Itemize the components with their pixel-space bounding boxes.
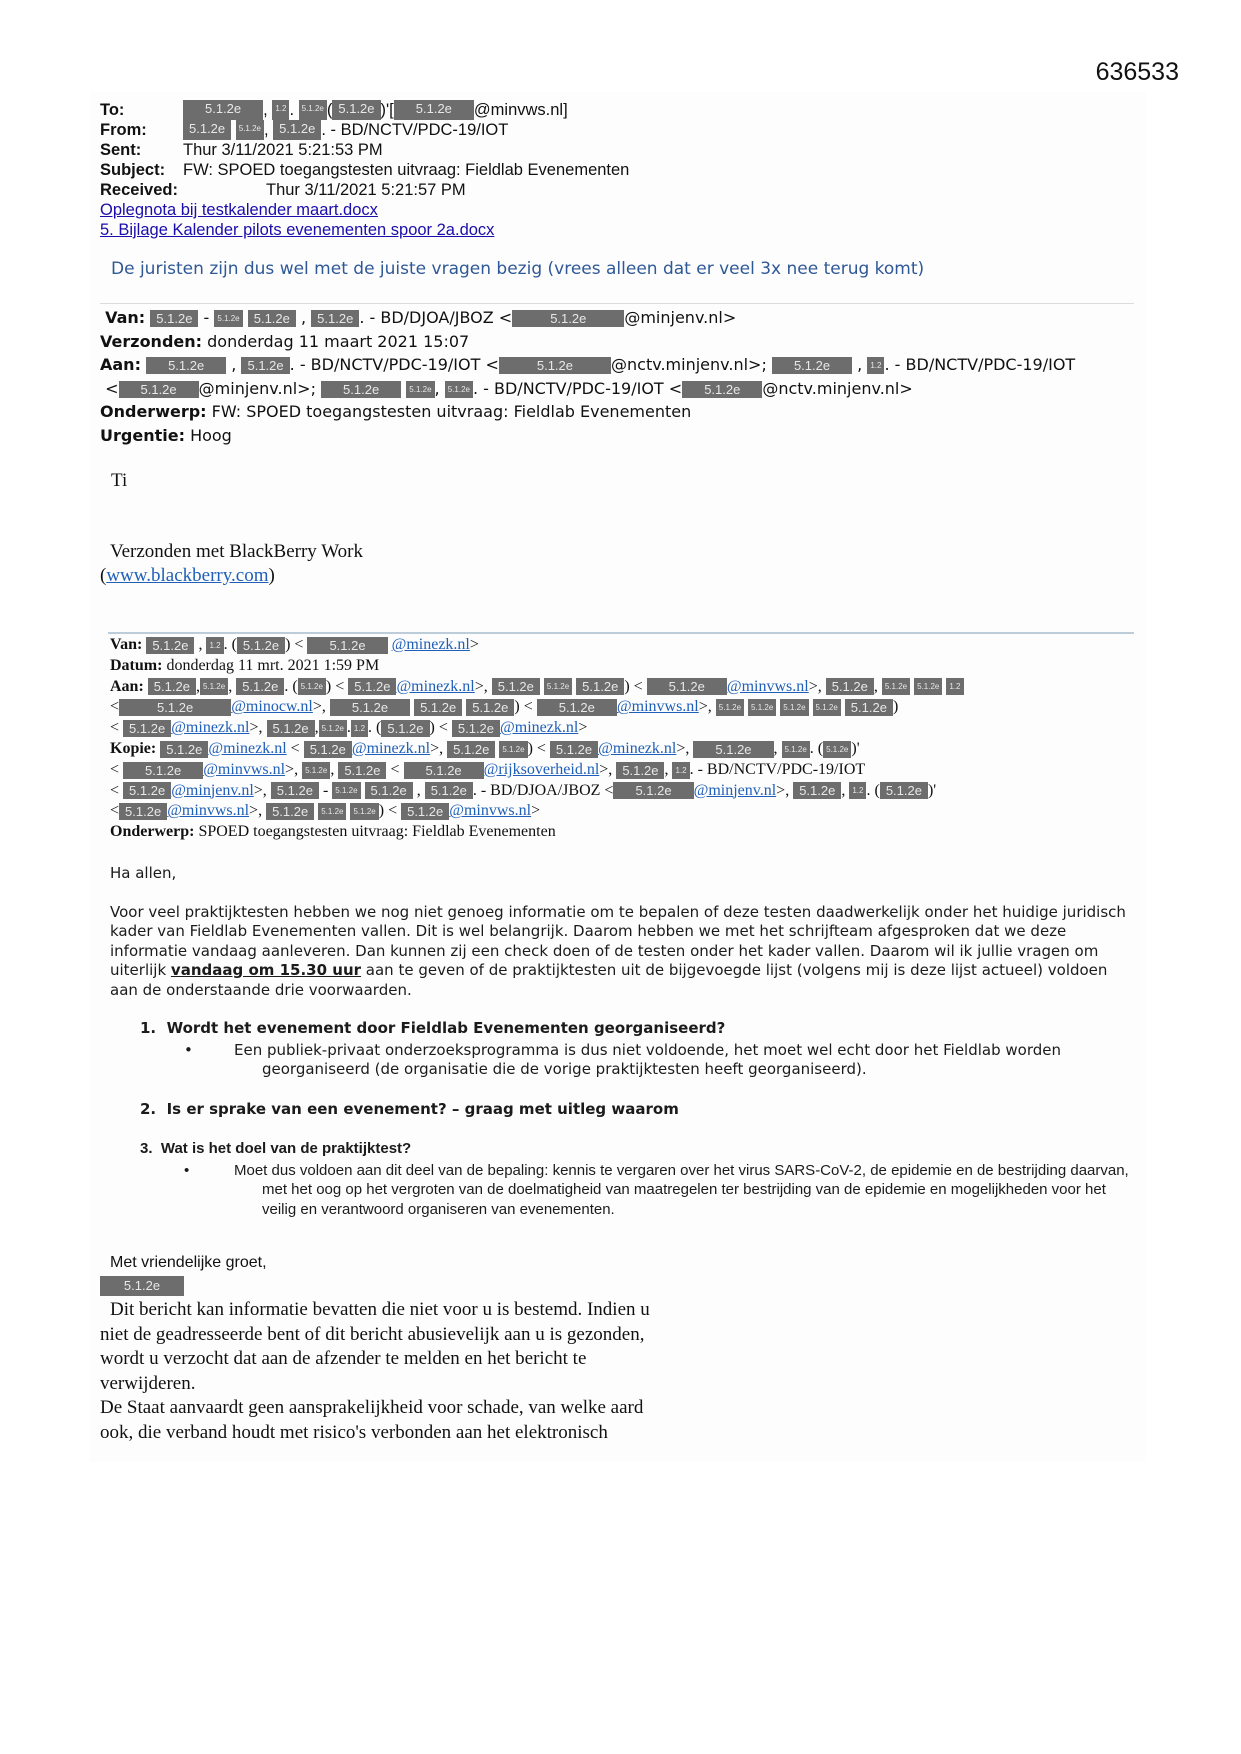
disclaimer-line: wordt u verzocht dat aan de afzender te … bbox=[100, 1347, 720, 1372]
redaction: 5.1.2e bbox=[332, 782, 360, 799]
email-link[interactable]: @minjenv.nl bbox=[171, 782, 254, 799]
redaction: 5.1.2e bbox=[381, 720, 429, 737]
attachment-link-bijlage-kalender[interactable]: 5. Bijlage Kalender pilots evenementen s… bbox=[100, 220, 629, 240]
kopie-row: Kopie: 5.1.2e@minezk.nl < 5.1.2e@minezk.… bbox=[110, 739, 964, 760]
redaction: 5.1.2e bbox=[311, 310, 359, 327]
email-link[interactable]: @minezk.nl bbox=[392, 636, 470, 653]
redaction: 5.1.2e bbox=[914, 678, 942, 695]
to-row: To: 5.1.2e, 1.2. 5.1.2e(5.1.2e)'[5.1.2e@… bbox=[100, 100, 629, 120]
sent-label: Sent: bbox=[100, 140, 183, 160]
aan-row-cont: < 5.1.2e@minezk.nl>, 5.1.2e,5.1.2e.1.2. … bbox=[110, 718, 964, 739]
redaction: 5.1.2e bbox=[338, 762, 386, 779]
condition-title: 3. Wat is het doel van de praktijktest? bbox=[140, 1139, 1140, 1159]
disclaimer-line: ook, die verband houdt met risico's verb… bbox=[100, 1421, 720, 1446]
redaction: 5.1.2e bbox=[882, 678, 910, 695]
to-domain: @minvws.nl] bbox=[474, 100, 568, 120]
email-link[interactable]: @minvws.nl bbox=[167, 802, 249, 819]
greeting: Ha allen, bbox=[110, 864, 1140, 884]
redaction: 5.1.2e bbox=[318, 803, 346, 820]
divider bbox=[100, 303, 1134, 304]
redaction: 5.1.2e bbox=[183, 120, 231, 140]
redaction: 5.1.2e bbox=[119, 803, 167, 820]
sent-row: Sent: Thur 3/11/2021 5:21:53 PM bbox=[100, 140, 629, 160]
redaction: 5.1.2e bbox=[492, 678, 540, 695]
message-body: Ti bbox=[111, 470, 127, 492]
redaction: 1.2 bbox=[272, 100, 289, 120]
redaction: 5.1.2e bbox=[447, 741, 495, 758]
from-org: . - BD/NCTV/PDC-19/IOT bbox=[321, 120, 508, 140]
onderwerp-label: Onderwerp: bbox=[100, 402, 207, 421]
kopie-row-cont: <5.1.2e@minvws.nl>, 5.1.2e 5.1.2e 5.1.2e… bbox=[110, 801, 964, 822]
aan-org: . - BD/NCTV/PDC-19/IOT bbox=[884, 355, 1075, 374]
redaction: 5.1.2e bbox=[236, 120, 264, 140]
redaction: 5.1.2e bbox=[119, 699, 231, 716]
verzonden-label: Verzonden: bbox=[100, 332, 202, 351]
van-domain: @minjenv.nl> bbox=[624, 308, 736, 327]
disclaimer-line: niet de geadresseerde bent of dit berich… bbox=[100, 1323, 720, 1348]
redaction: 1.2 bbox=[867, 357, 884, 374]
redaction: 5.1.2e bbox=[512, 310, 624, 327]
datum-row: Datum: donderdag 11 mrt. 2021 1:59 PM bbox=[110, 656, 964, 677]
signature-redaction: 5.1.2e bbox=[100, 1276, 184, 1296]
email-link[interactable]: @minocw.nl bbox=[231, 698, 313, 715]
redaction: 5.1.2e bbox=[782, 741, 810, 758]
redaction: 5.1.2e bbox=[123, 782, 171, 799]
subject-row: Subject: FW: SPOED toegangstesten uitvra… bbox=[100, 160, 629, 180]
aan-row: Aan: 5.1.2e,5.1.2e, 5.1.2e. (5.1.2e) < 5… bbox=[110, 677, 964, 698]
received-value: Thur 3/11/2021 5:21:57 PM bbox=[266, 180, 466, 200]
redaction: 5.1.2e bbox=[748, 699, 776, 716]
redaction: 5.1.2e bbox=[298, 678, 326, 695]
redaction: 5.1.2e bbox=[148, 678, 196, 695]
condition-bullet: Een publiek-privaat onderzoeksprogramma … bbox=[234, 1041, 1140, 1080]
email-link[interactable]: @minezk.nl bbox=[500, 719, 578, 736]
redaction: 5.1.2e bbox=[845, 699, 893, 716]
aan-label: Aan: bbox=[100, 355, 141, 374]
email-link[interactable]: @rijksoverheid.nl bbox=[484, 761, 600, 778]
redaction: 5.1.2e bbox=[394, 100, 474, 120]
redaction: 5.1.2e bbox=[266, 803, 314, 820]
message-body: Ha allen, Voor veel praktijktesten hebbe… bbox=[110, 864, 1140, 1219]
redaction: 5.1.2e bbox=[823, 741, 851, 758]
redaction: 5.1.2e bbox=[119, 381, 199, 398]
aan-domain: @minjenv.nl>; bbox=[199, 379, 316, 398]
redaction: 5.1.2e bbox=[826, 678, 874, 695]
attachment-link-oplegnota[interactable]: Oplegnota bij testkalender maart.docx bbox=[100, 200, 629, 220]
email-link[interactable]: @minezk.nl bbox=[208, 740, 286, 757]
redaction: 1.2 bbox=[672, 762, 689, 779]
blackberry-link[interactable]: www.blackberry.com bbox=[106, 565, 268, 586]
redaction: 5.1.2e bbox=[248, 310, 296, 327]
email-link[interactable]: @minezk.nl bbox=[598, 740, 676, 757]
redaction: 5.1.2e bbox=[544, 678, 572, 695]
redaction: 5.1.2e bbox=[332, 100, 380, 120]
disclaimer-line: Dit bericht kan informatie bevatten die … bbox=[100, 1298, 720, 1323]
urgentie-value: Hoog bbox=[190, 426, 232, 445]
redaction: 5.1.2e bbox=[772, 357, 852, 374]
redaction: 5.1.2e bbox=[499, 741, 527, 758]
redaction: 5.1.2e bbox=[299, 100, 327, 120]
redaction: 5.1.2e bbox=[307, 637, 387, 654]
outer-email-header: To: 5.1.2e, 1.2. 5.1.2e(5.1.2e)'[5.1.2e@… bbox=[100, 100, 629, 240]
redaction: 1.2 bbox=[849, 782, 866, 799]
aan-label: Aan: bbox=[110, 678, 144, 695]
redaction: 5.1.2e bbox=[880, 782, 928, 799]
redaction: 5.1.2e bbox=[616, 762, 664, 779]
redaction: 5.1.2e bbox=[682, 381, 762, 398]
redaction: 1.2 bbox=[351, 720, 368, 737]
redaction: 5.1.2e bbox=[445, 381, 473, 398]
disclaimer: Dit bericht kan informatie bevatten die … bbox=[100, 1298, 720, 1445]
van-label: Van: bbox=[110, 636, 142, 653]
redaction: 5.1.2e bbox=[404, 762, 484, 779]
redaction: 5.1.2e bbox=[365, 782, 413, 799]
van-label: Van: bbox=[105, 308, 145, 327]
redaction: 5.1.2e bbox=[146, 357, 226, 374]
urgentie-row: Urgentie: Hoog bbox=[100, 424, 1075, 448]
redaction: 5.1.2e bbox=[302, 762, 330, 779]
aan-row-cont: <5.1.2e@minocw.nl>, 5.1.2e 5.1.2e 5.1.2e… bbox=[110, 697, 964, 718]
divider bbox=[108, 632, 1134, 634]
redaction: 5.1.2e bbox=[780, 699, 808, 716]
redaction: 5.1.2e bbox=[304, 741, 352, 758]
redaction: 1.2 bbox=[206, 637, 223, 654]
van-org: . - BD/DJOA/JBOZ < bbox=[359, 308, 512, 327]
verzonden-value: donderdag 11 maart 2021 15:07 bbox=[207, 332, 469, 351]
aan-domain: @nctv.minjenv.nl>; bbox=[611, 355, 767, 374]
redaction: 5.1.2e bbox=[267, 720, 315, 737]
aan-domain: @nctv.minjenv.nl> bbox=[762, 379, 912, 398]
redaction: 5.1.2e bbox=[613, 782, 693, 799]
verzonden-row: Verzonden: donderdag 11 maart 2021 15:07 bbox=[100, 330, 1075, 354]
received-label: Received: bbox=[100, 180, 266, 200]
redaction: 5.1.2e bbox=[214, 310, 242, 327]
signature-link-row: (www.blackberry.com) bbox=[100, 564, 363, 588]
redaction: 5.1.2e bbox=[123, 720, 171, 737]
redaction: 5.1.2e bbox=[350, 803, 378, 820]
redaction: 5.1.2e bbox=[716, 699, 744, 716]
subject-value: FW: SPOED toegangstesten uitvraag: Field… bbox=[183, 160, 629, 180]
aan-row: Aan: 5.1.2e , 5.1.2e. - BD/NCTV/PDC-19/I… bbox=[100, 353, 1075, 377]
urgentie-label: Urgentie: bbox=[100, 426, 185, 445]
aan-row-cont: <5.1.2e@minjenv.nl>; 5.1.2e 5.1.2e, 5.1.… bbox=[100, 377, 1075, 401]
email-link[interactable]: @minvws.nl bbox=[727, 678, 809, 695]
onderwerp-value: SPOED toegangstesten uitvraag: Fieldlab … bbox=[198, 823, 555, 840]
aan-org: . - BD/NCTV/PDC-19/IOT < bbox=[473, 379, 682, 398]
redaction: 5.1.2e bbox=[146, 637, 194, 654]
van-row: Van: 5.1.2e , 1.2. (5.1.2e) < 5.1.2e @mi… bbox=[110, 635, 964, 656]
email-link[interactable]: @minvws.nl bbox=[617, 698, 699, 715]
original-message-header: Van: 5.1.2e , 1.2. (5.1.2e) < 5.1.2e @mi… bbox=[110, 635, 964, 843]
redaction: 5.1.2e bbox=[452, 720, 500, 737]
redaction: 5.1.2e bbox=[200, 678, 228, 695]
redaction: 5.1.2e bbox=[183, 100, 263, 120]
email-link[interactable]: @minezk.nl bbox=[396, 678, 474, 695]
redaction: 5.1.2e bbox=[499, 357, 611, 374]
from-row: From: 5.1.2e 5.1.2e, 5.1.2e. - BD/NCTV/P… bbox=[100, 120, 629, 140]
sent-value: Thur 3/11/2021 5:21:53 PM bbox=[183, 140, 383, 160]
received-row: Received: Thur 3/11/2021 5:21:57 PM bbox=[100, 180, 629, 200]
from-label: From: bbox=[100, 120, 183, 140]
redaction: 5.1.2e bbox=[406, 381, 434, 398]
redaction: 5.1.2e bbox=[160, 741, 208, 758]
onderwerp-value: FW: SPOED toegangstesten uitvraag: Field… bbox=[212, 402, 692, 421]
request-paragraph: Voor veel praktijktesten hebben we nog n… bbox=[110, 903, 1140, 1001]
condition-1: 1. Wordt het evenement door Fieldlab Eve… bbox=[140, 1019, 1140, 1080]
redaction: 1.2 bbox=[946, 678, 963, 695]
redaction: 5.1.2e bbox=[237, 637, 285, 654]
condition-title: 2. Is er sprake van een evenement? – gra… bbox=[140, 1100, 1140, 1120]
to-label: To: bbox=[100, 100, 183, 120]
redaction: 5.1.2e bbox=[793, 782, 841, 799]
redaction: 5.1.2e bbox=[647, 678, 727, 695]
document-id: 636533 bbox=[1096, 58, 1179, 87]
redaction: 5.1.2e bbox=[576, 678, 624, 695]
condition-2: 2. Is er sprake van een evenement? – gra… bbox=[140, 1100, 1140, 1120]
redaction: 5.1.2e bbox=[319, 720, 347, 737]
van-row: Van: 5.1.2e - 5.1.2e 5.1.2e , 5.1.2e. - … bbox=[100, 306, 1075, 330]
deadline-highlight: vandaag om 15.30 uur bbox=[171, 961, 361, 979]
email-link[interactable]: @minezk.nl bbox=[352, 740, 430, 757]
kopie-row-cont: < 5.1.2e@minjenv.nl>, 5.1.2e - 5.1.2e 5.… bbox=[110, 781, 964, 802]
redaction: 5.1.2e bbox=[466, 699, 514, 716]
email-link[interactable]: @minvws.nl bbox=[203, 761, 285, 778]
redaction: 5.1.2e bbox=[693, 741, 773, 758]
redaction: 5.1.2e bbox=[550, 741, 598, 758]
redaction: 5.1.2e bbox=[271, 782, 319, 799]
blackberry-signature: Verzonden met BlackBerry Work (www.black… bbox=[100, 540, 363, 588]
condition-3: 3. Wat is het doel van de praktijktest? … bbox=[140, 1139, 1140, 1219]
datum-label: Datum: bbox=[110, 657, 162, 674]
forward-comment: De juristen zijn dus wel met de juiste v… bbox=[111, 259, 924, 279]
redaction: 5.1.2e bbox=[241, 357, 289, 374]
condition-title: 1. Wordt het evenement door Fieldlab Eve… bbox=[140, 1019, 1140, 1039]
email-link[interactable]: @minjenv.nl bbox=[694, 782, 777, 799]
org-djoa: . - BD/DJOA/JBOZ < bbox=[473, 782, 614, 799]
email-link[interactable]: @minvws.nl bbox=[449, 802, 531, 819]
redaction: 5.1.2e bbox=[425, 782, 473, 799]
aan-org: . - BD/NCTV/PDC-19/IOT < bbox=[290, 355, 499, 374]
onderwerp-label: Onderwerp: bbox=[110, 823, 194, 840]
condition-bullet: Moet dus voldoen aan dit deel van de bep… bbox=[234, 1161, 1140, 1220]
redaction: 5.1.2e bbox=[150, 310, 198, 327]
subject-label: Subject: bbox=[100, 160, 183, 180]
kopie-label: Kopie: bbox=[110, 740, 156, 757]
redaction: 5.1.2e bbox=[348, 678, 396, 695]
email-link[interactable]: @minezk.nl bbox=[171, 719, 249, 736]
redaction: 5.1.2e bbox=[330, 699, 410, 716]
redaction: 5.1.2e bbox=[321, 381, 401, 398]
disclaimer-line: De Staat aanvaardt geen aansprakelijkhei… bbox=[100, 1396, 720, 1421]
redaction: 5.1.2e bbox=[813, 699, 841, 716]
redaction: 5.1.2e bbox=[123, 762, 203, 779]
onderwerp-row: Onderwerp: SPOED toegangstesten uitvraag… bbox=[110, 822, 964, 843]
disclaimer-line: verwijderen. bbox=[100, 1372, 720, 1397]
redaction: 5.1.2e bbox=[236, 678, 284, 695]
onderwerp-row: Onderwerp: FW: SPOED toegangstesten uitv… bbox=[100, 400, 1075, 424]
forwarded-message-header: Van: 5.1.2e - 5.1.2e 5.1.2e , 5.1.2e. - … bbox=[100, 306, 1075, 447]
kopie-row-cont: < 5.1.2e@minvws.nl>, 5.1.2e, 5.1.2e < 5.… bbox=[110, 760, 964, 781]
signature-text: Verzonden met BlackBerry Work bbox=[100, 540, 363, 564]
redaction: 5.1.2e bbox=[401, 803, 449, 820]
closing: Met vriendelijke groet, bbox=[110, 1254, 267, 1272]
redaction: 5.1.2e bbox=[273, 120, 321, 140]
redaction: 5.1.2e bbox=[414, 699, 462, 716]
datum-value: donderdag 11 mrt. 2021 1:59 PM bbox=[166, 657, 379, 674]
org-nctv: . - BD/NCTV/PDC-19/IOT bbox=[690, 761, 866, 778]
redaction: 5.1.2e bbox=[537, 699, 617, 716]
